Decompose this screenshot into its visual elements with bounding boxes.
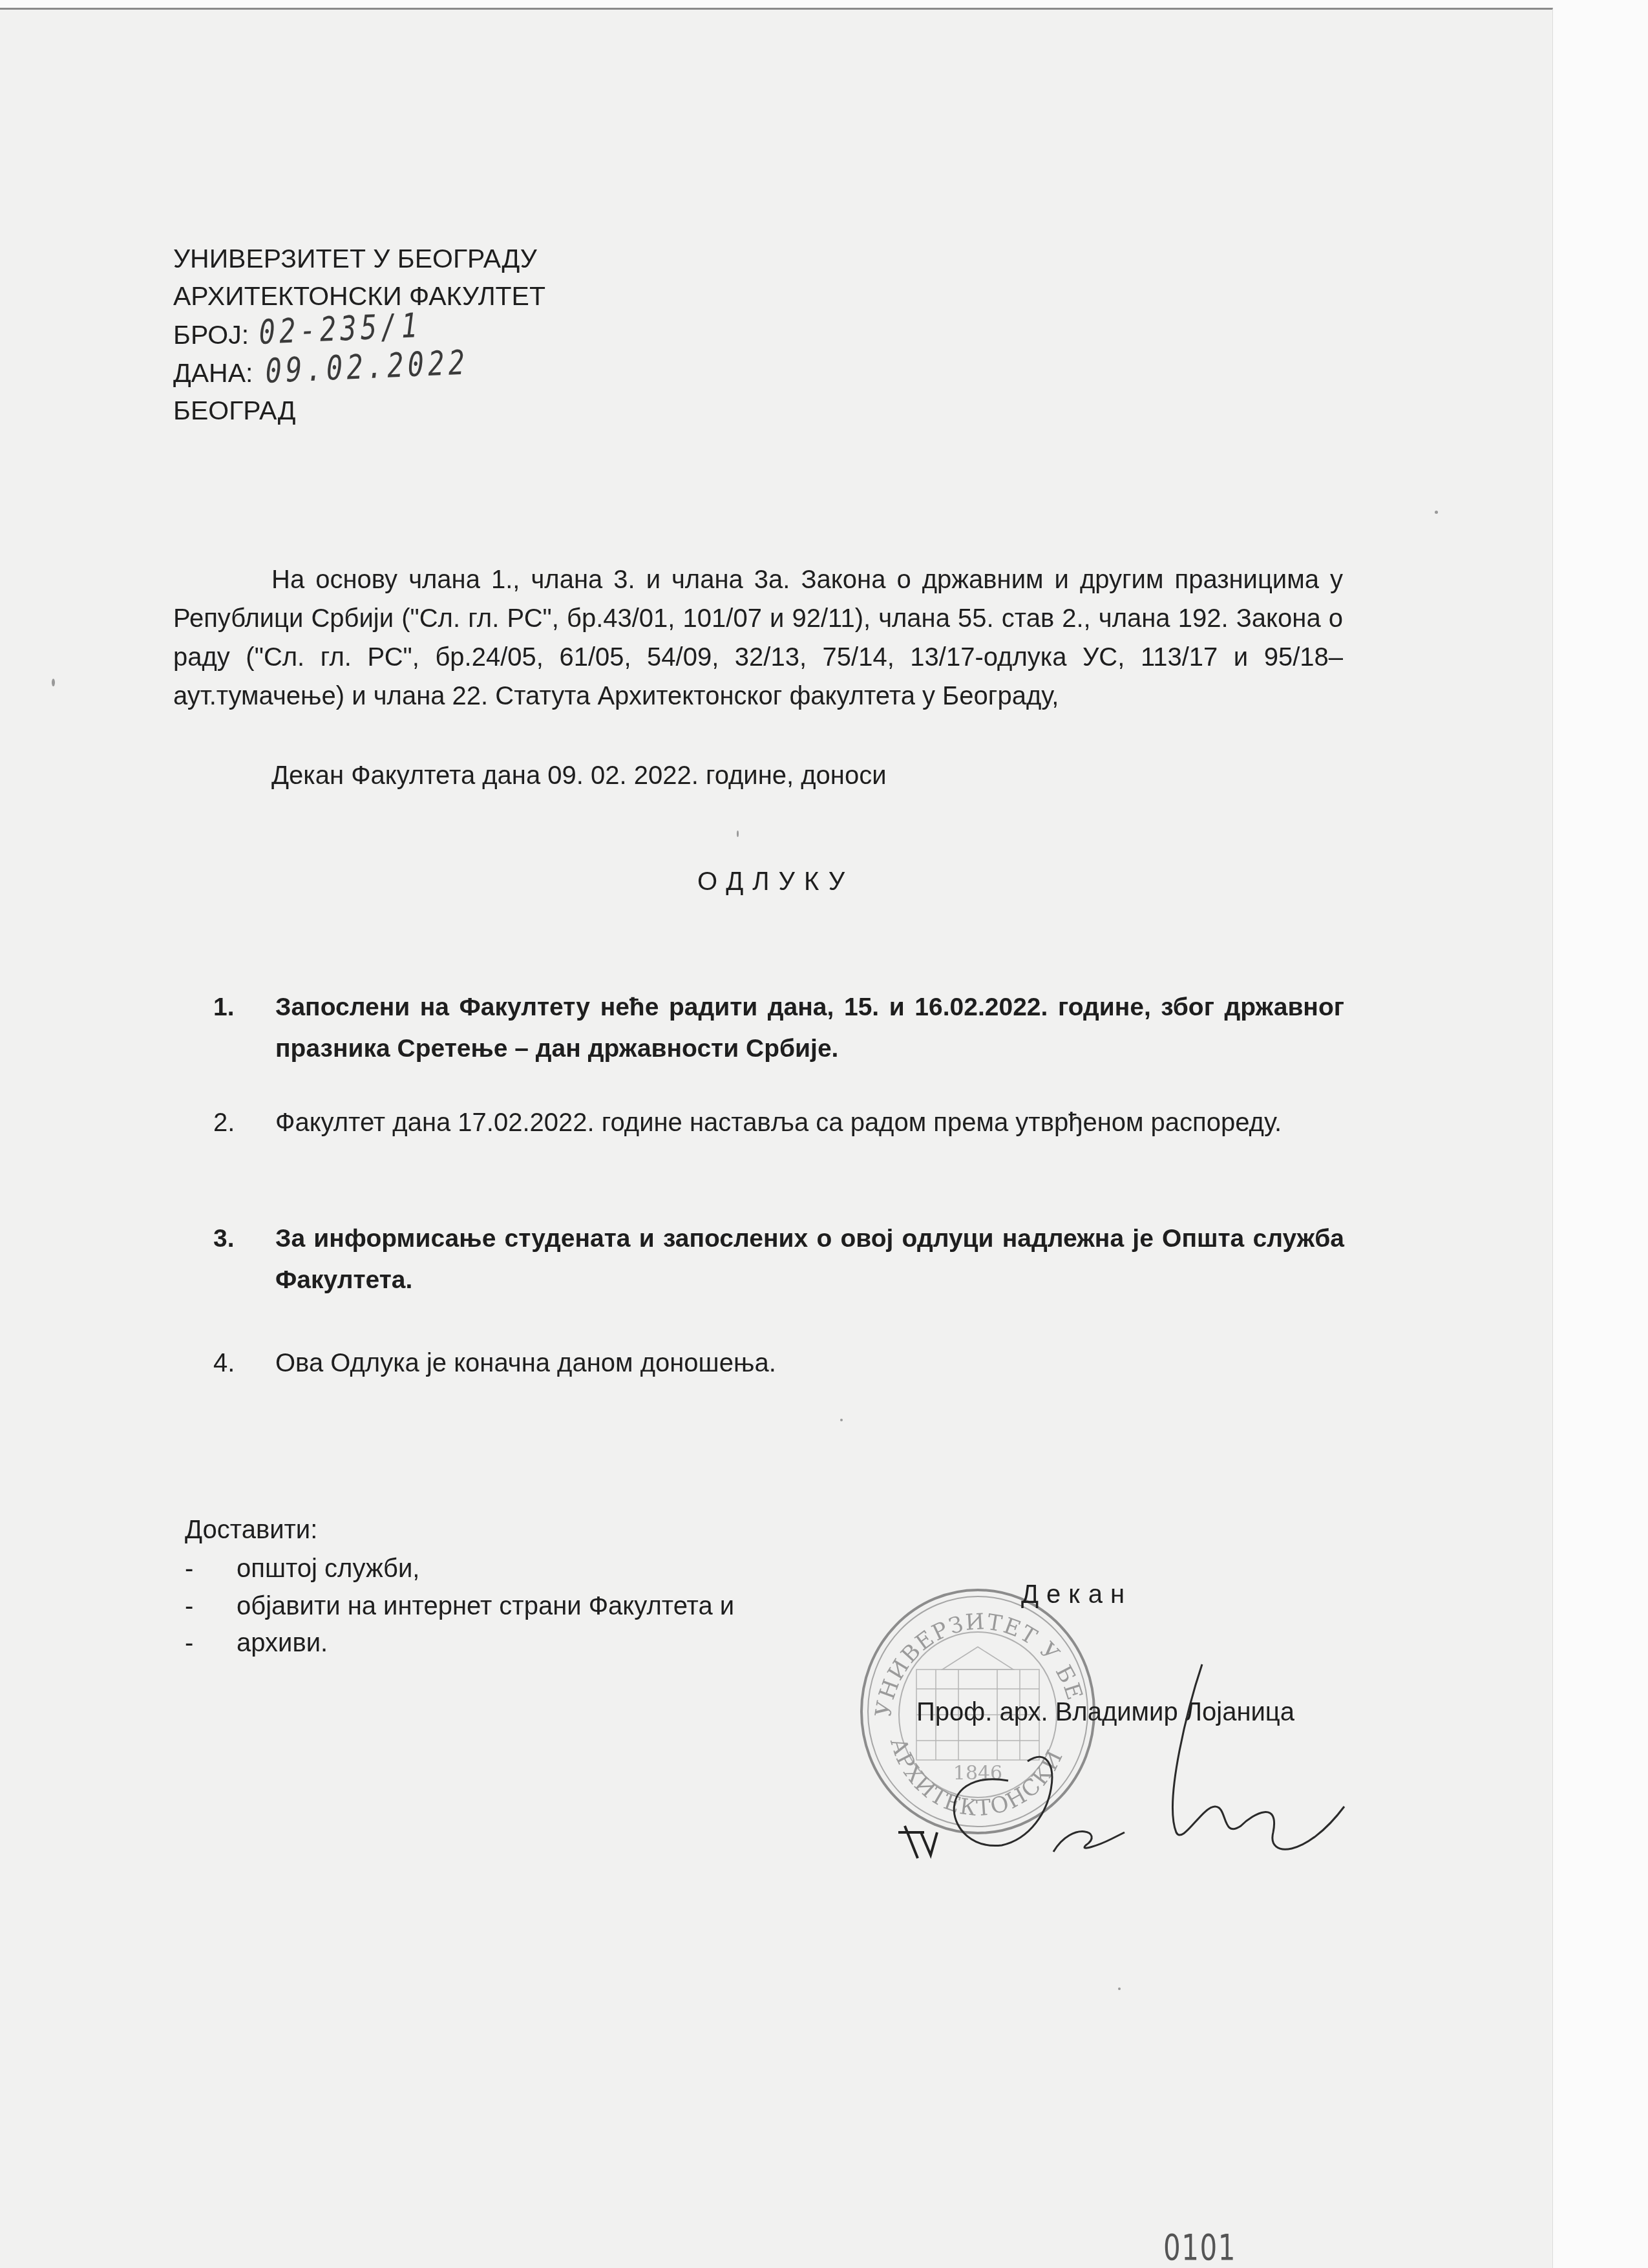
university-name: УНИВЕРЗИТЕТ У БЕОГРАДУ — [173, 246, 537, 272]
city-name: БЕОГРАД — [173, 397, 295, 424]
decision-item-2: 2. Факултет дана 17.02.2022. године наст… — [213, 1102, 1344, 1143]
signature-role: Декан — [1021, 1580, 1132, 1609]
decision-text: Запослени на Факултету неће радити дана,… — [275, 987, 1344, 1070]
delivery-item-text: општој служби, — [237, 1554, 419, 1583]
scan-speck — [840, 1419, 843, 1421]
decision-item-3: 3. За информисање студената и запослених… — [213, 1218, 1344, 1301]
handwritten-date: 09.02.2022 — [265, 343, 469, 391]
handwritten-page-number: 0101 — [1163, 2227, 1236, 2268]
document-title: ОДЛУКУ — [0, 867, 1551, 896]
decision-number: 2. — [213, 1102, 235, 1143]
handwritten-signature — [892, 1638, 1357, 1871]
decision-number: 4. — [213, 1342, 235, 1384]
decision-number: 1. — [213, 987, 235, 1028]
decision-item-4: 4. Ова Одлука је коначна даном доношења. — [213, 1342, 1344, 1384]
scan-speck — [52, 679, 55, 686]
faculty-name: АРХИТЕКТОНСКИ ФАКУЛТЕТ — [173, 283, 545, 310]
bullet-dash: - — [185, 1592, 237, 1621]
delivery-item: -објавити на интернет страни Факултета и — [185, 1592, 734, 1621]
scan-speck — [737, 831, 739, 837]
preamble-text: На основу члана 1., члана 3. и члана 3а.… — [173, 566, 1343, 710]
delivery-item: -општој служби, — [185, 1554, 419, 1584]
scan-speck — [1118, 1987, 1121, 1990]
decision-item-1: 1. Запослени на Факултету неће радити да… — [213, 987, 1344, 1070]
date-label: ДАНА: — [173, 360, 253, 387]
preamble-paragraph: На основу члана 1., члана 3. и члана 3а.… — [173, 560, 1343, 715]
scan-speck — [1435, 511, 1438, 514]
document-page: УНИВЕРЗИТЕТ У БЕОГРАДУ АРХИТЕКТОНСКИ ФАК… — [0, 8, 1553, 2268]
decision-number: 3. — [213, 1218, 235, 1260]
decision-text: Факултет дана 17.02.2022. године настављ… — [275, 1102, 1344, 1143]
decision-text: Ова Одлука је коначна даном доношења. — [275, 1342, 1344, 1384]
delivery-item-text: објавити на интернет страни Факултета и — [237, 1592, 734, 1620]
handwritten-number: 02-235/1 — [259, 306, 422, 352]
bullet-dash: - — [185, 1554, 237, 1584]
bullet-dash: - — [185, 1629, 237, 1658]
delivery-item: -архиви. — [185, 1629, 328, 1658]
number-label: БРОЈ: — [173, 322, 249, 348]
dean-line: Декан Факултета дана 09. 02. 2022. годин… — [271, 763, 887, 789]
decision-text: За информисање студената и запослених о … — [275, 1218, 1344, 1301]
delivery-label: Доставити: — [185, 1516, 317, 1545]
delivery-item-text: архиви. — [237, 1629, 328, 1657]
